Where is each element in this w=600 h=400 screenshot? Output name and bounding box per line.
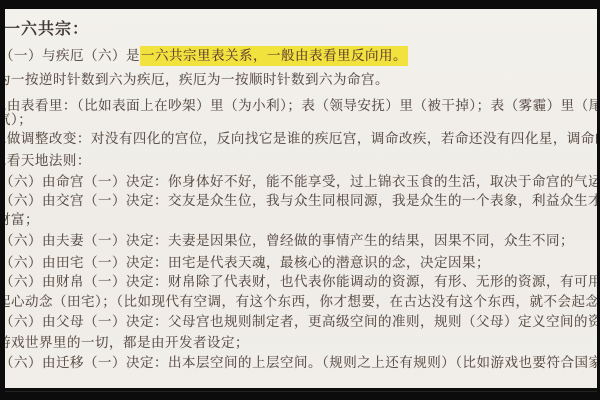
- text-line: （六）由命宫（一）决定：你身体好不好，能不能享受，过上锦衣玉食的生活，取决于命宫…: [5, 172, 597, 191]
- page-title: 一六共宗：: [5, 20, 89, 40]
- video-frame: 一六共宗： （一）与疾厄（六）是一六共宗里表关系，一般由表看里反向用。 为一按逆…: [0, 0, 600, 400]
- text-line: .由表看里：（比如表面上在吵架）里（为小利）；表（领导安抚）里（被干掉）；表（雾…: [5, 96, 597, 115]
- text-line: （六）由交宫（一）决定：交友是众生位，我与众生同根同源，我是众生的一个表象，利益…: [5, 191, 597, 210]
- crop-bar-left: [0, 0, 5, 400]
- text-line: （六）由田宅（一）决定：田宅是代表天魂，最核心的潜意识的念，决定因果；: [5, 253, 490, 272]
- crop-bar-top: [0, 0, 600, 9]
- text-line: （六）由迁移（一）决定：出本层空间的上层空间。（规则之上还有规则）（比如游戏也要…: [5, 353, 597, 372]
- text-line: .做调整改变：对没有四化的宫位，反向找它是谁的疾厄宫，调命改疾，若命还没有四化星…: [5, 129, 597, 148]
- text-line: （六）由财帛（一）决定：财帛除了代表财，也代表你能调动的资源，有形、无形的资源，…: [5, 272, 597, 291]
- text-line: 气）；: [5, 110, 32, 129]
- text-line: 游戏世界里的一切，都是由开发者设定；: [5, 333, 249, 352]
- text-line: （六）由夫妻（一）决定：夫妻是因果位，曾经做的事情产生的结果，因果不同，众生不同…: [5, 231, 574, 250]
- line-plain-text: （一）与疾厄（六）是: [5, 48, 140, 63]
- crop-bar-bottom: [0, 388, 600, 400]
- document-page: 一六共宗： （一）与疾厄（六）是一六共宗里表关系，一般由表看里反向用。 为一按逆…: [5, 9, 597, 388]
- highlighted-text: 一六共宗里表关系，一般由表看里反向用。: [140, 46, 408, 66]
- text-line: 财富；: [5, 210, 39, 229]
- text-line: .看天地法则：: [5, 151, 91, 170]
- text-line: （六）由父母（一）决定：父母宫也规则制定者，更高级空间的准则，规则（父母）定义空…: [5, 312, 597, 331]
- text-line: （一）与疾厄（六）是一六共宗里表关系，一般由表看里反向用。: [5, 46, 408, 65]
- text-line: 起心动念（田宅）；（比如现代有空调，有这个东西，你才想要，在古达没有这个东西，就…: [5, 292, 597, 311]
- text-line: 为一按逆时针数到六为疾厄，疾厄为一按顺时针数到六为命宫。: [5, 70, 389, 89]
